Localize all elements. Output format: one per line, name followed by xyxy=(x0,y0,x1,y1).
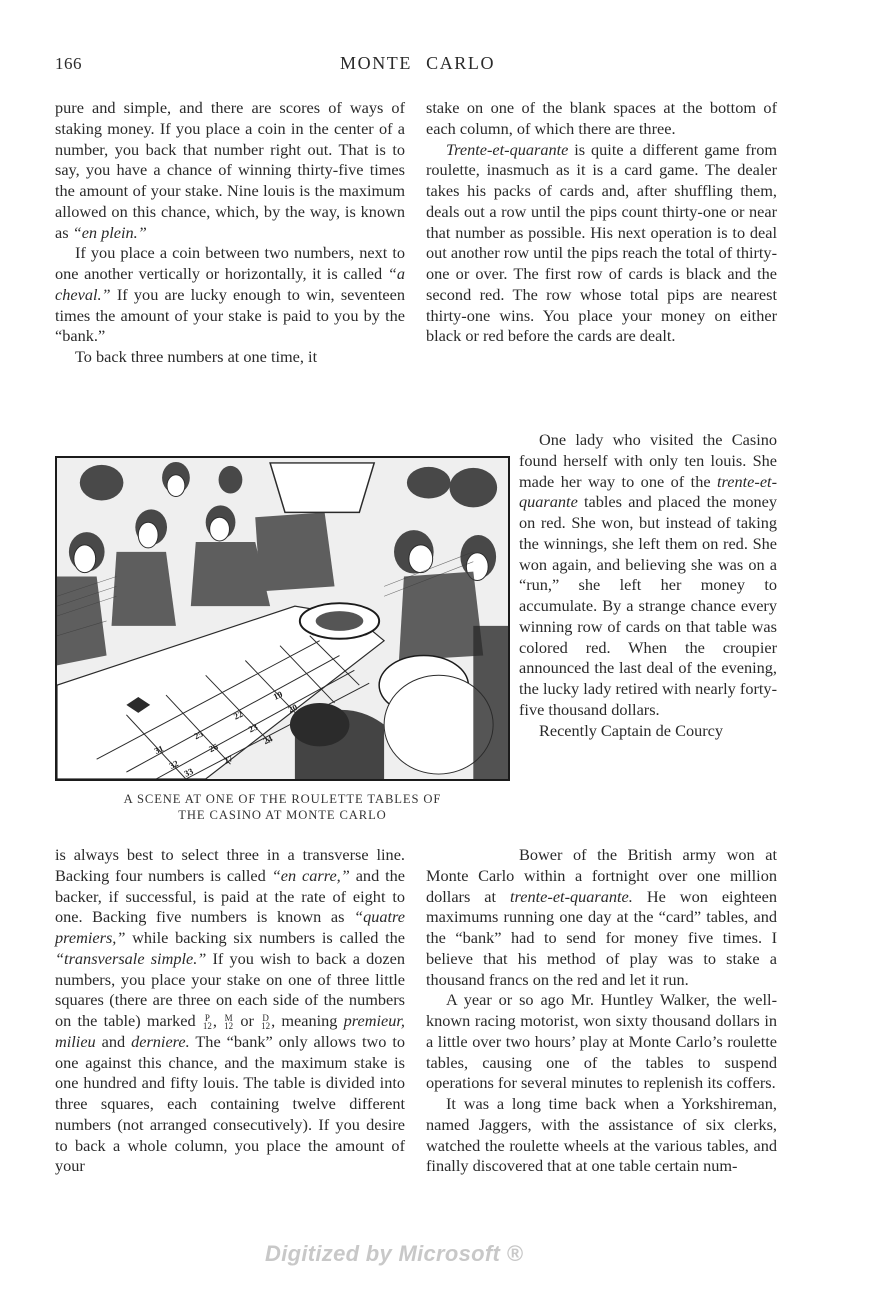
fraction-p12: P12 xyxy=(203,1014,212,1030)
right-column-top: stake on one of the blank spaces at the … xyxy=(426,98,777,347)
digitized-watermark: Digitized by Microsoft ® xyxy=(265,1241,523,1267)
figure-caption: A SCENE AT ONE OF THE ROULETTE TABLES OF… xyxy=(60,791,505,823)
page-number: 166 xyxy=(55,54,82,74)
roulette-table-illustration: 31 32 33 25 26 27 22 23 24 19 20 21 xyxy=(55,456,510,781)
term-transversale-simple: “transversale simple.” xyxy=(55,949,206,968)
paragraph: Recently Captain de Courcy xyxy=(519,721,777,742)
term-en-plein: “en plein.” xyxy=(73,223,147,242)
term-trente-et-quarante: trente-et-quarante. xyxy=(510,887,633,906)
paragraph: A year or so ago Mr. Huntley Walker, the… xyxy=(426,990,777,1094)
left-column-bottom: is always best to select three in a tran… xyxy=(55,845,405,1177)
term-en-carre: “en carre,” xyxy=(272,866,350,885)
paragraph: One lady who visited the Casino found he… xyxy=(519,430,777,721)
term-premieur: premieur, xyxy=(344,1011,405,1030)
paragraph: To back three numbers at one time, it xyxy=(55,347,405,368)
paragraph: Trente-et-quarante is quite a different … xyxy=(426,140,777,348)
paragraph: stake on one of the blank spaces at the … xyxy=(426,98,777,140)
right-column-wrap: One lady who visited the Casino found he… xyxy=(519,430,777,741)
right-column-bottom: Bower of the British army won at Monte C… xyxy=(426,845,777,1177)
term-trente-et-quarante: Trente-et-quarante xyxy=(446,140,568,159)
term-derniere: derniere. xyxy=(131,1032,190,1051)
paragraph: Bower of the British army won at Monte C… xyxy=(426,845,777,990)
illustration-image: 31 32 33 25 26 27 22 23 24 19 20 21 xyxy=(57,458,508,779)
paragraph: It was a long time back when a Yorkshire… xyxy=(426,1094,777,1177)
left-column-top: pure and simple, and there are scores of… xyxy=(55,98,405,368)
fraction-m12: M12 xyxy=(224,1014,233,1030)
paragraph: If you place a coin between two numbers,… xyxy=(55,243,405,347)
term-milieu: milieu xyxy=(55,1032,96,1051)
paragraph: pure and simple, and there are scores of… xyxy=(55,98,405,243)
running-title: MONTE CARLO xyxy=(340,53,495,74)
paragraph: is always best to select three in a tran… xyxy=(55,845,405,1177)
fraction-d12: D12 xyxy=(261,1014,270,1030)
